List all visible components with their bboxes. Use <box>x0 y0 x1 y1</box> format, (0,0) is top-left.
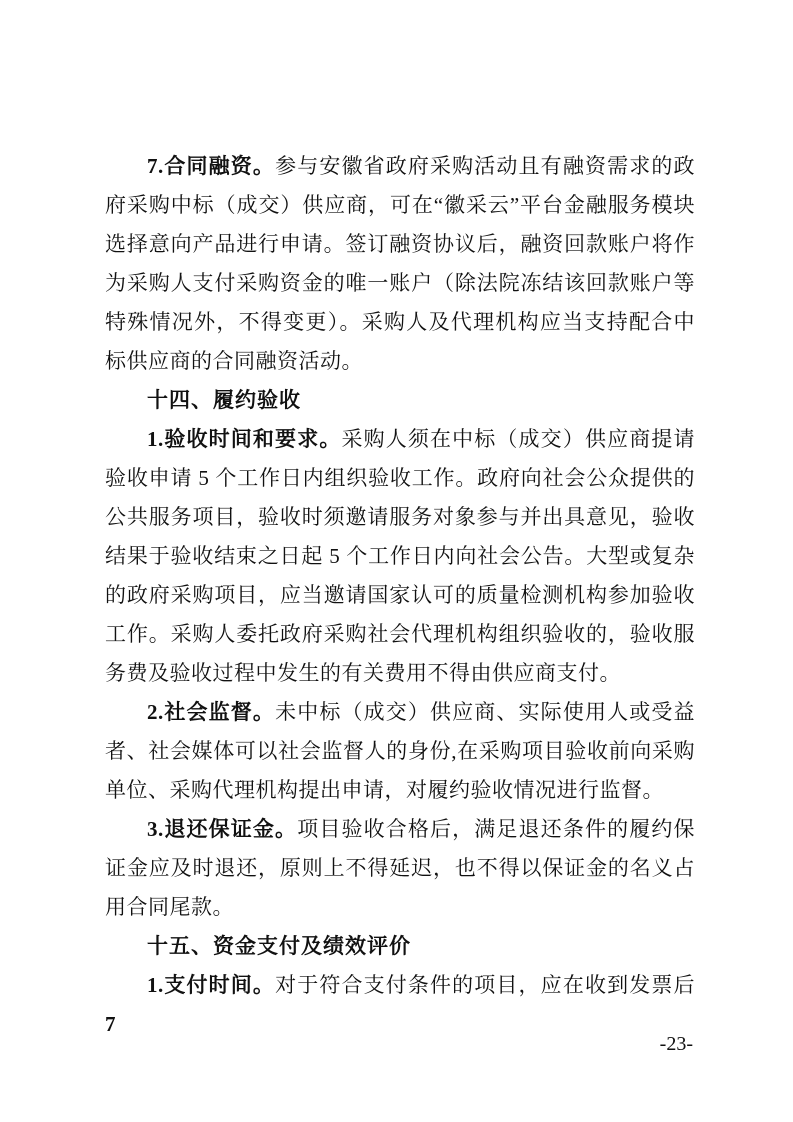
paragraph-payment-time: 1.支付时间。对于符合支付条件的项目，应在收到发票后 7 <box>105 966 695 1044</box>
section-heading-15-payment-evaluation: 十五、资金支付及绩效评价 <box>105 927 695 966</box>
paragraph-lead-payment-time: 1.支付时间。 <box>147 973 275 997</box>
page-number: -23- <box>660 1032 693 1056</box>
paragraph-lead-deposit-refund: 3.退还保证金。 <box>147 817 297 841</box>
document-body: 7.合同融资。参与安徽省政府采购活动且有融资需求的政府采购中标（成交）供应商，可… <box>105 147 695 1044</box>
document-page: 7.合同融资。参与安徽省政府采购活动且有融资需求的政府采购中标（成交）供应商，可… <box>0 0 793 1122</box>
paragraph-number-payment-days: 7 <box>105 1012 116 1036</box>
section-heading-14-acceptance: 十四、履约验收 <box>105 381 695 420</box>
paragraph-text-acceptance-time: 采购人须在中标（成交）供应商提请验收申请 5 个工作日内组织验收工作。政府向社会… <box>105 427 695 685</box>
paragraph-text-payment-time: 对于符合支付条件的项目，应在收到发票后 <box>275 973 695 997</box>
paragraph-contract-financing: 7.合同融资。参与安徽省政府采购活动且有融资需求的政府采购中标（成交）供应商，可… <box>105 147 695 381</box>
paragraph-lead-acceptance-time: 1.验收时间和要求。 <box>147 427 341 451</box>
paragraph-deposit-refund: 3.退还保证金。项目验收合格后，满足退还条件的履约保证金应及时退还，原则上不得延… <box>105 810 695 927</box>
paragraph-acceptance-time-requirements: 1.验收时间和要求。采购人须在中标（成交）供应商提请验收申请 5 个工作日内组织… <box>105 420 695 693</box>
paragraph-social-supervision: 2.社会监督。未中标（成交）供应商、实际使用人或受益者、社会媒体可以社会监督人的… <box>105 693 695 810</box>
paragraph-text-contract-financing: 参与安徽省政府采购活动且有融资需求的政府采购中标（成交）供应商，可在“徽采云”平… <box>105 154 695 373</box>
paragraph-lead-contract-financing: 7.合同融资。 <box>147 154 275 178</box>
paragraph-lead-social-supervision: 2.社会监督。 <box>147 700 275 724</box>
